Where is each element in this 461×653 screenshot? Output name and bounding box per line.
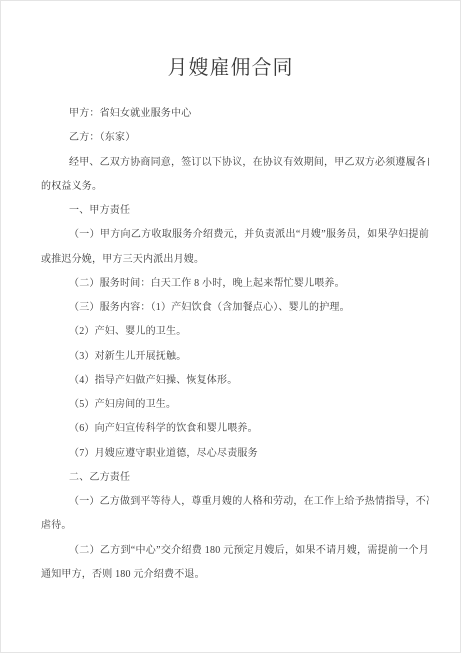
document-body: 甲方：省妇女就业服务中心 乙方：（东家） 经甲、乙双方协商同意，签订以下协议，在…	[1, 102, 460, 587]
contract-line: （三）服务内容：（1）产妇饮食（含加餐点心）、婴儿的护理。	[41, 296, 429, 320]
contract-line: （6）向产妇宣传科学的饮食和婴儿喂养。	[41, 417, 429, 441]
contract-line: （一）乙方做到平等待人，尊重月嫂的人格和劳动，在工作上给予热情指导，不准	[41, 490, 429, 514]
contract-line-party-a: 甲方：省妇女就业服务中心	[41, 102, 429, 126]
contract-section-heading: 一、甲方责任	[41, 199, 429, 223]
contract-line: （一）甲方向乙方收取服务介绍费元，并负责派出“月嫂”服务员，如果孕妇提前	[41, 223, 429, 247]
contract-line: （二）乙方到“中心”交介绍费 180 元预定月嫂后，如果不请月嫂，需提前一个月	[41, 539, 429, 563]
contract-line-party-b: 乙方：（东家）	[41, 126, 429, 150]
contract-line: （5）产妇房间的卫生。	[41, 393, 429, 417]
contract-line: （2）产妇、婴儿的卫生。	[41, 320, 429, 344]
document-page: 月嫂雇佣合同 甲方：省妇女就业服务中心 乙方：（东家） 经甲、乙双方协商同意，签…	[0, 0, 461, 653]
contract-line: 或推迟分娩，甲方三天内派出月嫂。	[41, 248, 429, 272]
contract-line: 虐待。	[41, 514, 429, 538]
contract-line: （4）指导产妇做产妇操、恢复体形。	[41, 369, 429, 393]
contract-line: （3）对新生儿开展抚触。	[41, 345, 429, 369]
contract-line: 的权益义务。	[41, 175, 429, 199]
contract-section-heading: 二、乙方责任	[41, 466, 429, 490]
contract-line: （7）月嫂应遵守职业道德，尽心尽责服务	[41, 442, 429, 466]
contract-line: 经甲、乙双方协商同意，签订以下协议，在协议有效期间，甲乙双方必须遵履各自	[41, 151, 429, 175]
contract-line: （二）服务时间：白天工作 8 小时，晚上起来帮忙婴儿喂养。	[41, 272, 429, 296]
document-title: 月嫂雇佣合同	[1, 53, 460, 83]
contract-line: 通知甲方，否则 180 元介绍费不退。	[41, 563, 429, 587]
